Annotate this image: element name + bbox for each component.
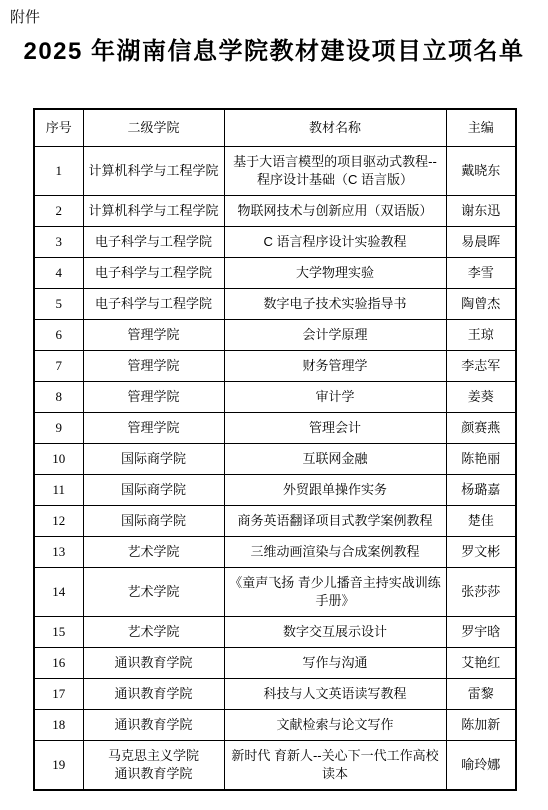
row-index-cell: 9	[34, 413, 83, 444]
college-cell: 国际商学院	[83, 506, 224, 537]
row-index-cell: 5	[34, 289, 83, 320]
row-index-cell: 11	[34, 475, 83, 506]
row-index-cell: 17	[34, 679, 83, 710]
editor-cell: 谢东迅	[446, 196, 516, 227]
college-cell: 管理学院	[83, 351, 224, 382]
college-cell: 电子科学与工程学院	[83, 289, 224, 320]
editor-cell: 喻玲娜	[446, 741, 516, 791]
table-row: 11 国际商学院 外贸跟单操作实务 杨璐嘉	[34, 475, 516, 506]
textbook-title-cell: 物联网技术与创新应用（双语版）	[224, 196, 446, 227]
editor-cell: 易晨晖	[446, 227, 516, 258]
row-index-cell: 7	[34, 351, 83, 382]
table-row: 10 国际商学院 互联网金融 陈艳丽	[34, 444, 516, 475]
editor-cell: 王琼	[446, 320, 516, 351]
table-row: 16 通识教育学院 写作与沟通 艾艳红	[34, 648, 516, 679]
textbook-title-cell: 写作与沟通	[224, 648, 446, 679]
table-row: 7 管理学院 财务管理学 李志军	[34, 351, 516, 382]
textbook-title-cell: 外贸跟单操作实务	[224, 475, 446, 506]
table-row: 5 电子科学与工程学院 数字电子技术实验指导书 陶曾杰	[34, 289, 516, 320]
college-cell: 计算机科学与工程学院	[83, 147, 224, 196]
textbook-title-cell: 互联网金融	[224, 444, 446, 475]
editor-cell: 罗文彬	[446, 537, 516, 568]
editor-cell: 颜赛燕	[446, 413, 516, 444]
college-cell: 管理学院	[83, 382, 224, 413]
attachment-label: 附件	[10, 8, 548, 28]
college-cell: 国际商学院	[83, 444, 224, 475]
textbook-title-cell: 大学物理实验	[224, 258, 446, 289]
table-row: 6 管理学院 会计学原理 王琼	[34, 320, 516, 351]
row-index-cell: 18	[34, 710, 83, 741]
row-index-cell: 3	[34, 227, 83, 258]
table-row: 8 管理学院 审计学 姜葵	[34, 382, 516, 413]
college-cell: 艺术学院	[83, 568, 224, 617]
editor-cell: 姜葵	[446, 382, 516, 413]
college-cell: 通识教育学院	[83, 648, 224, 679]
table-row: 2 计算机科学与工程学院 物联网技术与创新应用（双语版） 谢东迅	[34, 196, 516, 227]
row-index-cell: 19	[34, 741, 83, 791]
editor-cell: 罗宇晗	[446, 617, 516, 648]
editor-cell: 戴晓东	[446, 147, 516, 196]
college-cell: 马克思主义学院 通识教育学院	[83, 741, 224, 791]
table-row: 19 马克思主义学院 通识教育学院 新时代 育新人--关心下一代工作高校读本 喻…	[34, 741, 516, 791]
college-cell: 通识教育学院	[83, 710, 224, 741]
textbook-title-cell: 商务英语翻译项目式教学案例教程	[224, 506, 446, 537]
college-cell: 电子科学与工程学院	[83, 227, 224, 258]
col-header-index: 序号	[34, 109, 83, 147]
editor-cell: 杨璐嘉	[446, 475, 516, 506]
row-index-cell: 10	[34, 444, 83, 475]
textbook-title-cell: 文献检索与论文写作	[224, 710, 446, 741]
table-row: 17 通识教育学院 科技与人文英语读写教程 雷黎	[34, 679, 516, 710]
document-title: 2025 年湖南信息学院教材建设项目立项名单	[6, 37, 542, 67]
editor-cell: 艾艳红	[446, 648, 516, 679]
editor-cell: 李志军	[446, 351, 516, 382]
editor-cell: 雷黎	[446, 679, 516, 710]
row-index-cell: 4	[34, 258, 83, 289]
textbook-title-cell: 科技与人文英语读写教程	[224, 679, 446, 710]
college-cell: 通识教育学院	[83, 679, 224, 710]
table-header-row: 序号 二级学院 教材名称 主编	[34, 109, 516, 147]
document-page: 附件 2025 年湖南信息学院教材建设项目立项名单 序号 二级学院 教材名称 主…	[0, 0, 548, 810]
table-row: 13 艺术学院 三维动画渲染与合成案例教程 罗文彬	[34, 537, 516, 568]
textbook-title-cell: 财务管理学	[224, 351, 446, 382]
row-index-cell: 16	[34, 648, 83, 679]
textbook-title-cell: 《童声飞扬 青少儿播音主持实战训练手册》	[224, 568, 446, 617]
table-row: 4 电子科学与工程学院 大学物理实验 李雪	[34, 258, 516, 289]
textbook-title-cell: 管理会计	[224, 413, 446, 444]
textbook-title-cell: 数字电子技术实验指导书	[224, 289, 446, 320]
editor-cell: 李雪	[446, 258, 516, 289]
row-index-cell: 12	[34, 506, 83, 537]
textbook-title-cell: 审计学	[224, 382, 446, 413]
college-cell: 艺术学院	[83, 537, 224, 568]
editor-cell: 张莎莎	[446, 568, 516, 617]
textbook-title-cell: 基于大语言模型的项目驱动式教程--程序设计基础（C 语言版）	[224, 147, 446, 196]
row-index-cell: 14	[34, 568, 83, 617]
textbook-title-cell: 数字交互展示设计	[224, 617, 446, 648]
row-index-cell: 8	[34, 382, 83, 413]
row-index-cell: 2	[34, 196, 83, 227]
col-header-textbook: 教材名称	[224, 109, 446, 147]
textbook-title-cell: 新时代 育新人--关心下一代工作高校读本	[224, 741, 446, 791]
table-row: 14 艺术学院 《童声飞扬 青少儿播音主持实战训练手册》 张莎莎	[34, 568, 516, 617]
textbook-title-cell: 会计学原理	[224, 320, 446, 351]
textbook-title-cell: 三维动画渲染与合成案例教程	[224, 537, 446, 568]
row-index-cell: 6	[34, 320, 83, 351]
projects-table: 序号 二级学院 教材名称 主编 1 计算机科学与工程学院 基于大语言模型的项目驱…	[33, 108, 517, 791]
table-row: 18 通识教育学院 文献检索与论文写作 陈加新	[34, 710, 516, 741]
row-index-cell: 15	[34, 617, 83, 648]
col-header-college: 二级学院	[83, 109, 224, 147]
table-row: 3 电子科学与工程学院 C 语言程序设计实验教程 易晨晖	[34, 227, 516, 258]
editor-cell: 陶曾杰	[446, 289, 516, 320]
editor-cell: 陈艳丽	[446, 444, 516, 475]
college-cell: 电子科学与工程学院	[83, 258, 224, 289]
textbook-title-cell: C 语言程序设计实验教程	[224, 227, 446, 258]
college-cell: 管理学院	[83, 320, 224, 351]
college-cell: 计算机科学与工程学院	[83, 196, 224, 227]
college-cell: 国际商学院	[83, 475, 224, 506]
row-index-cell: 1	[34, 147, 83, 196]
editor-cell: 楚佳	[446, 506, 516, 537]
table-row: 1 计算机科学与工程学院 基于大语言模型的项目驱动式教程--程序设计基础（C 语…	[34, 147, 516, 196]
editor-cell: 陈加新	[446, 710, 516, 741]
college-cell: 管理学院	[83, 413, 224, 444]
college-cell: 艺术学院	[83, 617, 224, 648]
table-row: 12 国际商学院 商务英语翻译项目式教学案例教程 楚佳	[34, 506, 516, 537]
table-row: 15 艺术学院 数字交互展示设计 罗宇晗	[34, 617, 516, 648]
table-row: 9 管理学院 管理会计 颜赛燕	[34, 413, 516, 444]
col-header-editor: 主编	[446, 109, 516, 147]
row-index-cell: 13	[34, 537, 83, 568]
